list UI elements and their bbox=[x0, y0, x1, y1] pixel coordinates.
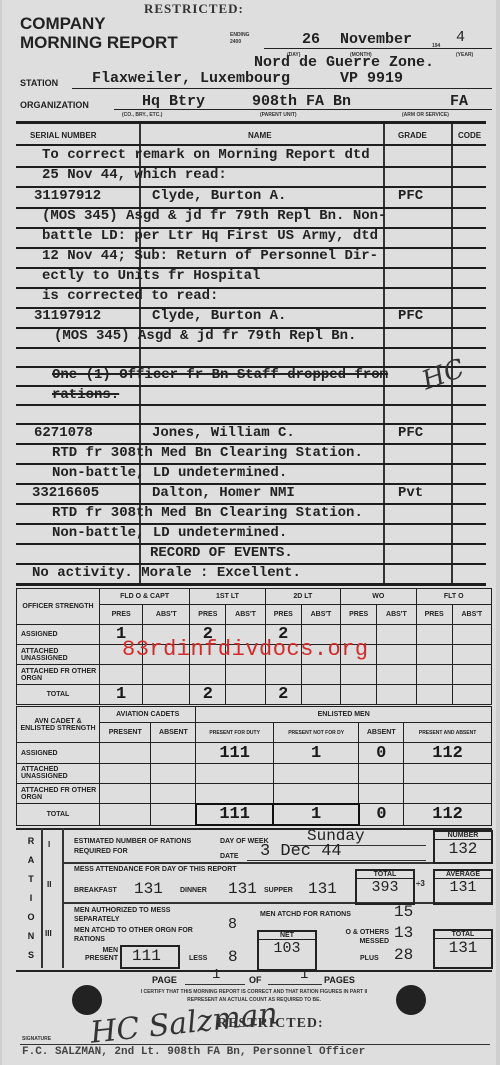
cell bbox=[226, 685, 265, 705]
net-box: NET 103 bbox=[257, 930, 317, 971]
unit-value: Hq Btry bbox=[142, 93, 205, 110]
col-divider bbox=[451, 124, 453, 584]
average-label: AVERAGE bbox=[435, 871, 491, 879]
restricted-stamp-top: RESTRICTED: bbox=[144, 1, 244, 17]
men-authorized-value: 8 bbox=[228, 916, 237, 933]
group-header: FLD O & CAPT bbox=[100, 589, 190, 605]
cell bbox=[341, 685, 377, 705]
row-line bbox=[62, 862, 492, 864]
report-month: November bbox=[340, 31, 412, 48]
rations-side-label: R A T I O N S bbox=[26, 832, 36, 965]
row-label-attached-unassigned: ATTACHED UNASSIGNED bbox=[17, 645, 100, 665]
men-authorized-label: MEN AUTHORIZED TO MESS SEPARATELY bbox=[74, 906, 214, 924]
row-label-total: TOTAL bbox=[17, 685, 100, 705]
entry-text: Non-battle, LD undetermined. bbox=[52, 465, 287, 481]
subcol-pres: PRES bbox=[100, 605, 143, 625]
ration-total-box: TOTAL 131 bbox=[433, 929, 493, 969]
zone-text: Nord de Guerre Zone. bbox=[254, 54, 434, 71]
report-day: 26 bbox=[302, 31, 320, 48]
divider bbox=[16, 121, 486, 124]
entry-text: ectly to Units fr Hospital bbox=[42, 268, 260, 284]
entry-serial: 31197912 bbox=[34, 188, 101, 204]
cell: 1 bbox=[273, 804, 358, 825]
unit-caption: (CO., BRY., ETC.) bbox=[122, 112, 162, 118]
cell: 112 bbox=[404, 743, 492, 763]
entry-serial: 31197912 bbox=[34, 308, 101, 324]
col-header-serial: SERIAL NUMBER bbox=[30, 131, 97, 140]
ration-number: 132 bbox=[435, 840, 491, 858]
entry-name: Dalton, Homer NMI bbox=[152, 485, 295, 501]
entry-text: (MOS 345) Asgd & jd fr 79th Repl Bn. bbox=[54, 328, 356, 344]
station-label: STATION bbox=[20, 78, 58, 88]
subcol-abst: ABS'T bbox=[452, 605, 491, 625]
others-messed-label: O & OTHERS MESSED bbox=[327, 928, 389, 946]
plus-label: PLUS bbox=[360, 955, 379, 962]
cell: 111 bbox=[196, 804, 274, 825]
cell bbox=[452, 685, 491, 705]
subcol-pres: PRES bbox=[341, 605, 377, 625]
initials-mark: HC bbox=[418, 354, 468, 397]
men-present-label: MEN PRESENT bbox=[74, 947, 118, 963]
punch-hole-right bbox=[396, 985, 426, 1015]
cell bbox=[416, 685, 452, 705]
entry-text-struck: rations. bbox=[52, 387, 119, 403]
ration-total-value: 131 bbox=[435, 939, 491, 957]
cell bbox=[377, 625, 416, 645]
average-box: AVERAGE 131 bbox=[433, 869, 493, 905]
men-atchd-rations-value: 15 bbox=[394, 903, 413, 921]
entry-text: 12 Nov 44; Sub: Return of Personnel Dir- bbox=[42, 248, 378, 264]
cell bbox=[143, 685, 190, 705]
subcol-pres: PRES bbox=[265, 605, 301, 625]
letter: R bbox=[26, 832, 36, 851]
entry-text: RTD fr 308th Med Bn Clearing Station. bbox=[52, 445, 363, 461]
subcol: PRESENT AND ABSENT bbox=[404, 723, 492, 743]
officer-strength-title: OFFICER STRENGTH bbox=[17, 589, 100, 625]
organization-label: ORGANIZATION bbox=[20, 100, 89, 110]
subcol-pres: PRES bbox=[190, 605, 226, 625]
page-number: 1 bbox=[212, 967, 220, 983]
signature: HC Salzman bbox=[89, 996, 280, 1050]
row-label-assigned: ASSIGNED bbox=[17, 743, 100, 763]
entry-text: 25 Nov 44, which read: bbox=[42, 167, 227, 183]
letter: O bbox=[26, 908, 36, 927]
subcol: PRESENT bbox=[100, 723, 151, 743]
of-label: OF bbox=[249, 975, 262, 985]
entry-grade: PFC bbox=[398, 425, 423, 441]
men-present-value: 111 bbox=[122, 947, 178, 965]
total-label: TOTAL bbox=[357, 871, 413, 879]
entry-text: RTD fr 308th Med Bn Clearing Station. bbox=[52, 505, 363, 521]
group-header: WO bbox=[341, 589, 416, 605]
number-box: NUMBER 132 bbox=[433, 830, 493, 864]
group-header: 2D LT bbox=[265, 589, 340, 605]
net-value: 103 bbox=[259, 940, 315, 957]
enlisted-strength-table: AVN CADET & ENLISTED STRENGTH AVIATION C… bbox=[16, 706, 492, 826]
mess-total: 393 bbox=[357, 879, 413, 896]
ration-total-label: TOTAL bbox=[435, 931, 491, 939]
entry-text: (MOS 345) Asgd & jd fr 79th Repl Bn. Non… bbox=[42, 208, 386, 224]
year-prefix: 194 bbox=[432, 43, 440, 49]
subcol-abst: ABS'T bbox=[226, 605, 265, 625]
signature-line bbox=[20, 1044, 490, 1045]
section-num: III bbox=[45, 929, 52, 938]
station-value: Flaxweiler, Luxembourg bbox=[92, 70, 290, 87]
entry-name: Clyde, Burton A. bbox=[152, 188, 286, 204]
cell: 0 bbox=[359, 804, 404, 825]
col-header-grade: GRADE bbox=[398, 131, 427, 140]
section-num: I bbox=[48, 840, 50, 849]
letter: A bbox=[26, 851, 36, 870]
mess-attendance-label: MESS ATTENDANCE FOR DAY OF THIS REPORT bbox=[74, 866, 237, 873]
row-line bbox=[16, 583, 486, 586]
less-value: 8 bbox=[228, 948, 238, 966]
divide-by-3: ÷3 bbox=[416, 879, 426, 888]
breakfast-value: 131 bbox=[134, 880, 163, 898]
watermark: 83rdinfdivdocs.org bbox=[122, 637, 369, 662]
row-label-attached-other: ATTACHED FR OTHER ORGN bbox=[17, 783, 100, 803]
breakfast-label: BREAKFAST bbox=[74, 887, 117, 894]
group-header: AVIATION CADETS bbox=[100, 707, 196, 723]
entry-text: To correct remark on Morning Report dtd bbox=[42, 147, 370, 163]
row-label-total: TOTAL bbox=[17, 804, 100, 825]
entry-name: Clyde, Burton A. bbox=[152, 308, 286, 324]
supper-value: 131 bbox=[308, 880, 337, 898]
cell bbox=[377, 685, 416, 705]
mess-average: 131 bbox=[435, 879, 491, 896]
plus-value: 28 bbox=[394, 946, 413, 964]
number-label: NUMBER bbox=[435, 832, 491, 840]
arm-value: FA bbox=[450, 93, 468, 110]
cell: 2 bbox=[190, 685, 226, 705]
row-line bbox=[62, 902, 492, 904]
row-label-assigned: ASSIGNED bbox=[17, 625, 100, 645]
cell bbox=[151, 804, 196, 825]
men-present-box: 111 bbox=[120, 945, 180, 969]
record-of-events-heading: RECORD OF EVENTS. bbox=[150, 545, 293, 561]
group-header: FLT O bbox=[416, 589, 492, 605]
dinner-label: DINNER bbox=[180, 887, 207, 894]
form-title-line1: COMPANY bbox=[20, 14, 106, 33]
col-divider bbox=[62, 828, 64, 968]
supper-label: SUPPER bbox=[264, 887, 293, 894]
col-header-code: CODE bbox=[458, 131, 481, 140]
parent-unit-value: 908th FA Bn bbox=[252, 93, 351, 110]
punch-hole-left bbox=[72, 985, 102, 1015]
row-line bbox=[16, 347, 486, 349]
row-label-attached-unassigned: ATTACHED UNASSIGNED bbox=[17, 763, 100, 783]
underline bbox=[268, 984, 322, 985]
cell: 0 bbox=[359, 743, 404, 763]
subcol: ABSENT bbox=[151, 723, 196, 743]
pages-label: PAGES bbox=[324, 975, 355, 985]
letter: I bbox=[26, 889, 36, 908]
cell bbox=[151, 743, 196, 763]
ration-date: 3 Dec 44 bbox=[260, 842, 342, 861]
cell bbox=[100, 743, 151, 763]
col-divider bbox=[383, 124, 385, 584]
subcol: PRESENT FOR DUTY bbox=[196, 723, 274, 743]
page-label: PAGE bbox=[152, 975, 177, 985]
subcol: PRESENT NOT FOR DY bbox=[273, 723, 358, 743]
entry-name: Jones, William C. bbox=[152, 425, 295, 441]
entry-text: battle LD: per Ltr Hq First US Army, dtd bbox=[42, 228, 378, 244]
cell: 1 bbox=[273, 743, 358, 763]
date-label: DATE bbox=[220, 853, 239, 860]
row-label-attached-other: ATTACHED FR OTHER ORGN bbox=[17, 665, 100, 685]
underline bbox=[185, 984, 245, 985]
ending-label: ENDING 2400 bbox=[230, 32, 260, 46]
entry-text: Non-battle, LD undetermined. bbox=[52, 525, 287, 541]
signature-label: SIGNATURE bbox=[22, 1036, 51, 1042]
cell bbox=[100, 804, 151, 825]
form-title-line2: MORNING REPORT bbox=[20, 33, 178, 52]
morning-report-card: RESTRICTED: COMPANY MORNING REPORT ENDIN… bbox=[2, 0, 496, 1065]
section-num: II bbox=[47, 880, 51, 889]
subcol: ABSENT bbox=[359, 723, 404, 743]
cell bbox=[452, 625, 491, 645]
grid-reference: VP 9919 bbox=[340, 70, 403, 87]
entry-grade: PFC bbox=[398, 188, 423, 204]
others-messed-value: 13 bbox=[394, 924, 413, 942]
col-header-name: NAME bbox=[248, 131, 272, 140]
entry-grade: PFC bbox=[398, 308, 423, 324]
cell bbox=[416, 625, 452, 645]
subcol-abst: ABS'T bbox=[301, 605, 340, 625]
entry-text-struck: One (1) Officer fr Bn Staff dropped from bbox=[52, 367, 388, 383]
group-header: 1ST LT bbox=[190, 589, 265, 605]
col-divider bbox=[41, 828, 43, 968]
dinner-value: 131 bbox=[228, 880, 257, 898]
less-label: LESS bbox=[189, 955, 207, 962]
net-label: NET bbox=[259, 932, 315, 940]
men-atchd-rations-label: MEN ATCHD FOR RATIONS bbox=[260, 911, 351, 918]
total-box: TOTAL 393 bbox=[355, 869, 415, 905]
row-line bbox=[16, 144, 486, 146]
cell: 112 bbox=[404, 804, 492, 825]
entry-serial: 6271078 bbox=[34, 425, 93, 441]
letter: N bbox=[26, 927, 36, 946]
row-line bbox=[16, 404, 486, 406]
entry-serial: 33216605 bbox=[32, 485, 99, 501]
year-caption: (YEAR) bbox=[456, 52, 473, 58]
group-header: ENLISTED MEN bbox=[196, 707, 492, 723]
signer-line: F.C. SALZMAN, 2nd Lt. 908th FA Bn, Perso… bbox=[22, 1046, 365, 1058]
cell: 111 bbox=[196, 743, 274, 763]
entry-text: is corrected to read: bbox=[42, 288, 218, 304]
estimated-rations-label: ESTIMATED NUMBER OF RATIONS REQUIRED FOR bbox=[74, 837, 200, 857]
cell bbox=[301, 685, 340, 705]
parent-caption: (PARENT UNIT) bbox=[260, 112, 297, 118]
entry-grade: Pvt bbox=[398, 485, 423, 501]
total-pages: 1 bbox=[300, 967, 308, 983]
subcol-abst: ABS'T bbox=[377, 605, 416, 625]
men-atchd-other-label: MEN ATCHD TO OTHER ORGN FOR RATIONS bbox=[74, 926, 214, 944]
subcol-abst: ABS'T bbox=[143, 605, 190, 625]
subcol-pres: PRES bbox=[416, 605, 452, 625]
cell: 1 bbox=[100, 685, 143, 705]
arm-caption: (ARM OR SERVICE) bbox=[402, 112, 449, 118]
cell: 2 bbox=[265, 685, 301, 705]
report-year-digit: 4 bbox=[456, 29, 465, 46]
letter: S bbox=[26, 946, 36, 965]
letter: T bbox=[26, 870, 36, 889]
enlisted-strength-title: AVN CADET & ENLISTED STRENGTH bbox=[17, 707, 100, 743]
record-of-events-text: No activity. Morale : Excellent. bbox=[32, 565, 301, 581]
